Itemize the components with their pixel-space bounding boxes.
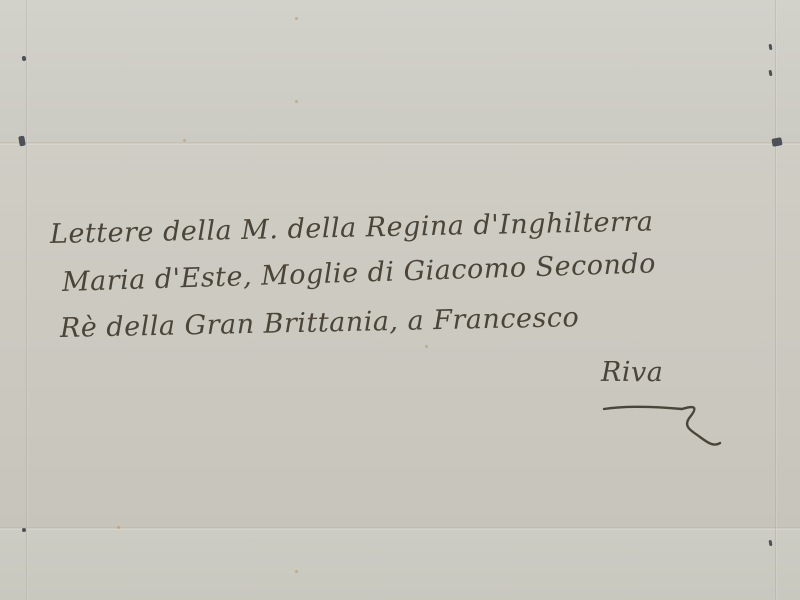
manuscript-line-4-signature: Riva — [601, 357, 663, 388]
pin-hole-mark-right — [771, 137, 782, 147]
foxing-spot — [425, 345, 428, 348]
foxing-spot — [295, 100, 298, 103]
foxing-spot — [295, 570, 298, 573]
foxing-spot — [117, 526, 120, 529]
fold-line-lower — [0, 527, 800, 530]
foxing-spot — [183, 139, 186, 142]
fold-line-left — [26, 0, 28, 600]
fold-line-upper — [0, 142, 800, 145]
paper-panel-bottom — [0, 528, 800, 600]
manuscript-page: Lettere della M. della Regina d'Inghilte… — [0, 0, 800, 600]
paper-panel-top — [0, 0, 800, 143]
foxing-spot — [295, 17, 298, 20]
fold-line-right — [775, 0, 777, 600]
paraph-flourish-icon — [600, 395, 725, 450]
